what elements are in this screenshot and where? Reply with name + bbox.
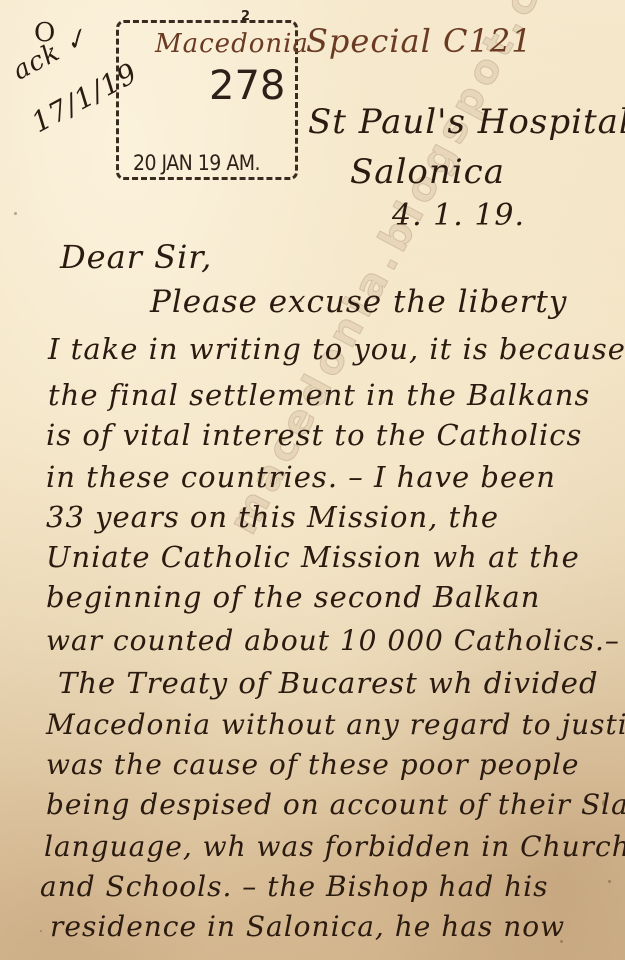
body-line: Please excuse the liberty — [150, 284, 567, 320]
body-line: is of vital interest to the Catholics — [46, 418, 582, 452]
address-line-1: St Paul's Hospital — [308, 102, 625, 142]
body-line: I take in writing to you, it is because — [48, 332, 625, 366]
body-line: was the cause of these poor people — [46, 748, 579, 781]
body-line: The Treaty of Bucarest wh divided — [58, 666, 599, 700]
paper-speck — [40, 930, 42, 932]
paper-speck — [14, 212, 17, 215]
salutation: Dear Sir, — [60, 238, 212, 276]
stamp-handwritten-word: Macedonia — [155, 29, 309, 59]
letter-page: macedonia.blogspot.com O ack ✓ 17/1/19 2… — [0, 0, 625, 960]
body-line: in these countries. – I have been — [46, 460, 556, 494]
registry-stamp: 2 Macedonia 278 20 JAN 19 AM. — [116, 20, 298, 180]
body-line: beginning of the second Balkan — [46, 580, 540, 614]
header-annotation: Special C121 — [306, 22, 533, 60]
body-line: 33 years on this Mission, the — [46, 500, 499, 534]
body-line: Uniate Catholic Mission wh at the — [46, 540, 580, 574]
stamp-date: 20 JAN 19 AM. — [133, 151, 260, 175]
address-line-2: Salonica — [350, 152, 505, 192]
body-line: the final settlement in the Balkans — [48, 378, 590, 412]
body-line: residence in Salonica, he has now — [50, 910, 565, 943]
body-line: war counted about 10 000 Catholics.– — [46, 624, 620, 657]
stamp-top-mark: 2 — [241, 9, 250, 24]
paper-speck — [608, 880, 611, 883]
body-line: and Schools. – the Bishop had his — [40, 870, 548, 903]
body-line: being despised on account of their Slav — [46, 788, 625, 821]
body-line: Macedonia without any regard to justice — [46, 708, 625, 741]
stamp-number: 278 — [209, 63, 285, 109]
body-line: language, wh was forbidden in Churches — [44, 830, 625, 863]
letter-date: 4. 1. 19. — [392, 198, 525, 233]
